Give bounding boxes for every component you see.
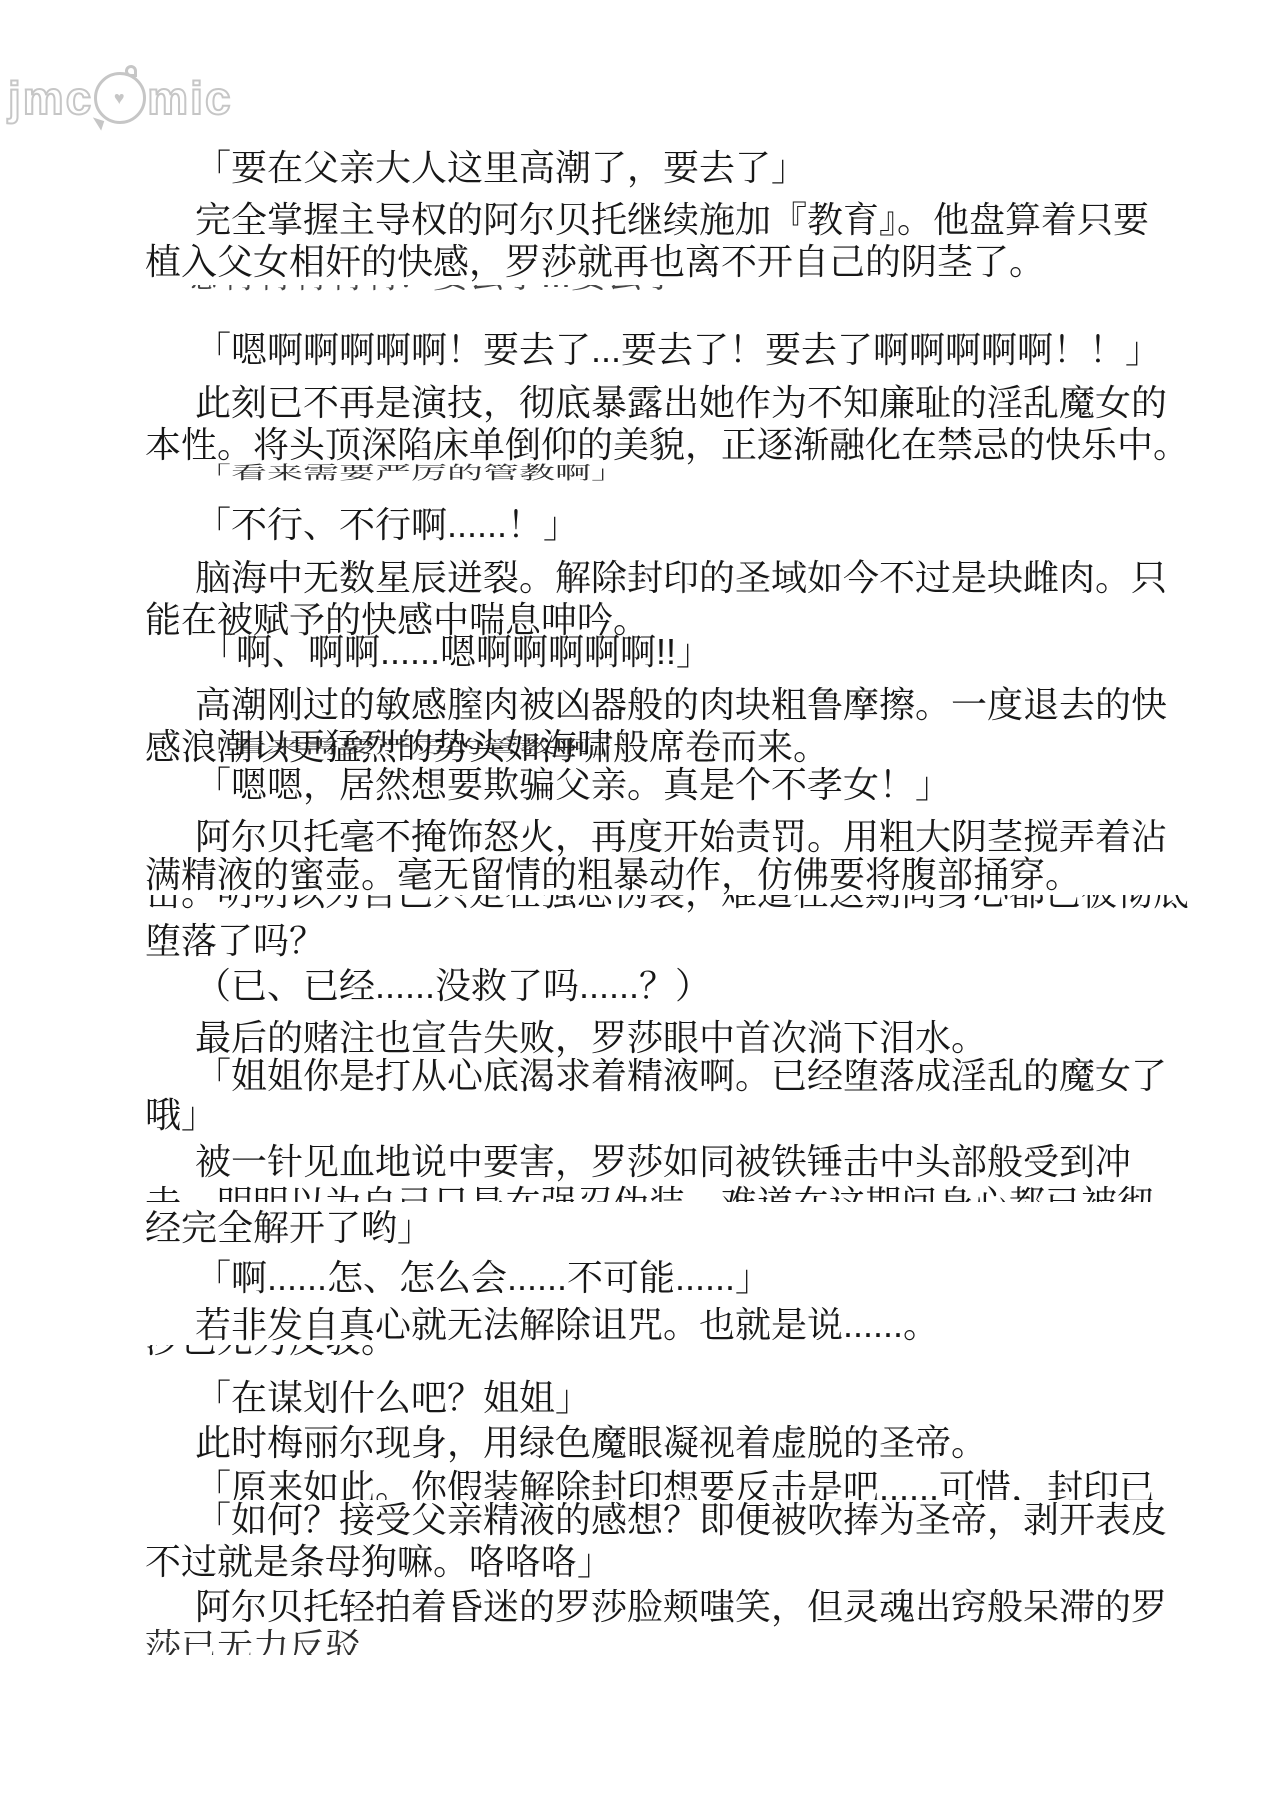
text-line: （已、已经......没救了吗......？）: [195, 966, 711, 1006]
watermark-text-right: mic: [147, 71, 232, 125]
text-line-content: 脑海中无数星辰迸裂。解除封印的圣域如今不过是块雌肉。只: [195, 557, 1167, 598]
text-line: 被一针见血地说中要害，罗莎如同被铁锤击中头部般受到冲: [195, 1142, 1131, 1182]
text-line: 阿尔贝托轻拍着昏迷的罗莎脸颊嗤笑，但灵魂出窍般呆滞的罗: [195, 1587, 1167, 1627]
text-line: 满精液的蜜壶。毫无留情的粗暴动作，仿佛要将腹部捅穿。: [145, 855, 1081, 895]
text-line-content: 若非发自真心就无法解除诅咒。也就是说......。: [195, 1304, 939, 1345]
text-line: 植入父女相奸的快感，罗莎就再也离不开自己的阴茎了。: [145, 242, 1045, 282]
text-line: 脑海中无数星辰迸裂。解除封印的圣域如今不过是块雌肉。只: [195, 558, 1167, 598]
text-line-content: 「嗯啊啊啊啊啊！要去了...要去了！要去了啊啊啊啊啊！！」: [195, 329, 1161, 370]
text-line: 本性。将头顶深陷床单倒仰的美貌，正逐渐融化在禁忌的快乐中。: [145, 425, 1189, 465]
text-line-content: （已、已经......没救了吗......？）: [195, 965, 711, 1006]
text-line-content: 「在谋划什么吧？姐姐」: [195, 1377, 591, 1418]
text-line-content: 本性。将头顶深陷床单倒仰的美貌，正逐渐融化在禁忌的快乐中。: [145, 424, 1189, 465]
text-line: 最后的赌注也宣告失败，罗莎眼中首次淌下泪水。: [195, 1018, 987, 1058]
heart-icon: ♥: [114, 89, 127, 107]
text-line: 此刻已不再是演技，彻底暴露出她作为不知廉耻的淫乱魔女的: [195, 383, 1167, 423]
text-line: 经完全解开了哟」: [145, 1208, 433, 1248]
text-line-content: 「啊......怎、怎么会......不可能......」: [195, 1257, 771, 1298]
text-line: 「如何？接受父亲精液的感想？即便被吹捧为圣帝，剥开表皮: [195, 1500, 1167, 1540]
text-line: 莎已无力反驳.: [145, 1627, 371, 1655]
text-line-content: 此时梅丽尔现身，用绿色魔眼凝视着虚脱的圣帝。: [195, 1422, 987, 1463]
text-line: 「嗯啊啊啊啊啊！要去了...要去了: [145, 285, 679, 295]
text-line: 完全掌握主导权的阿尔贝托继续施加『教育』。他盘算着只要: [195, 200, 1149, 240]
text-line: 「嗯啊啊啊啊啊！要去了...要去了！要去了啊啊啊啊啊！！」: [195, 330, 1161, 370]
text-line-content: 堕落了吗？: [145, 920, 325, 961]
text-line-content: 「看来需要严厉的管教啊」: [195, 463, 627, 484]
jmcomic-watermark: jmc ♥ mic: [8, 68, 233, 128]
text-line-content: 最后的赌注也宣告失败，罗莎眼中首次淌下泪水。: [195, 1017, 987, 1058]
text-line: 高潮刚过的敏感膣肉被凶器般的肉块粗鲁摩擦。一度退去的快: [195, 685, 1167, 725]
text-line-content: 「看来需要严厉的管教啊」: [195, 737, 627, 758]
text-line: 此时梅丽尔现身，用绿色魔眼凝视着虚脱的圣帝。: [195, 1423, 987, 1463]
text-line: 「在谋划什么吧？姐姐」: [195, 1378, 591, 1418]
text-line: 「看来需要严厉的管教啊」: [195, 737, 627, 757]
text-line-content: 满精液的蜜壶。毫无留情的粗暴动作，仿佛要将腹部捅穿。: [145, 854, 1081, 895]
text-line-content: 阿尔贝托轻拍着昏迷的罗莎脸颊嗤笑，但灵魂出窍般呆滞的罗: [195, 1586, 1167, 1627]
text-line: 哦」: [145, 1095, 217, 1135]
text-line: 「不行、不行啊......！」: [195, 505, 579, 545]
text-line: 堕落了吗？: [145, 921, 325, 961]
text-line-content: 不过就是条母狗嘛。咯咯咯」: [145, 1541, 613, 1582]
text-line: 击。明明以为自己只是在强忍伪装，难道在这期间身心都已被彻: [145, 1184, 1153, 1202]
text-line-content: 此刻已不再是演技，彻底暴露出她作为不知廉耻的淫乱魔女的: [195, 382, 1167, 423]
text-line: 「啊......怎、怎么会......不可能......」: [195, 1258, 771, 1298]
text-line-content: 「原来如此。你假装解除封印想要反击是吧......可惜，封印已: [195, 1468, 1155, 1500]
text-line-content: 「要在父亲大人这里高潮了，要去了」: [195, 147, 807, 188]
fish-tail-shape: [90, 117, 105, 130]
fish-fin-shape: [125, 65, 137, 77]
text-line: 「啊、啊啊......嗯啊啊啊啊啊!!」: [200, 632, 712, 672]
text-line-content: 「如何？接受父亲精液的感想？即便被吹捧为圣帝，剥开表皮: [195, 1499, 1167, 1540]
text-line-content: 击。明明以为自己只是在强忍伪装，难道在这期间身心都已被彻: [145, 1184, 1153, 1202]
text-line-content: 「嗯啊啊啊啊啊！要去了...要去了: [145, 285, 679, 295]
text-line-content: 被一针见血地说中要害，罗莎如同被铁锤击中头部般受到冲: [195, 1141, 1131, 1182]
text-line: 阿尔贝托毫不掩饰怒火，再度开始责罚。用粗大阴茎搅弄着沾: [195, 817, 1167, 857]
text-line: 不过就是条母狗嘛。咯咯咯」: [145, 1542, 613, 1582]
text-line-content: 哦」: [145, 1094, 217, 1135]
text-line: 击。明明以为自己只是在强忍伪装，难道在这期间身心都已被彻底: [145, 895, 1189, 913]
text-line: 若非发自真心就无法解除诅咒。也就是说......。: [195, 1305, 939, 1345]
text-line-content: 高潮刚过的敏感膣肉被凶器般的肉块粗鲁摩擦。一度退去的快: [195, 684, 1167, 725]
text-line-content: 莎已无力反驳.: [145, 1627, 371, 1655]
text-line-content: 莎已无力反驳。: [145, 1345, 397, 1360]
text-line: 「原来如此。你假装解除封印想要反击是吧......可惜，封印已: [195, 1468, 1155, 1500]
text-line-content: 「姐姐你是打从心底渴求着精液啊。已经堕落成淫乱的魔女了: [195, 1055, 1167, 1096]
text-line-content: 「嗯嗯，居然想要欺骗父亲。真是个不孝女！」: [195, 764, 951, 805]
text-line: 莎已无力反驳。: [145, 1345, 397, 1360]
text-line-content: 「啊、啊啊......嗯啊啊啊啊啊!!」: [200, 631, 712, 672]
text-line: 「看来需要严厉的管教啊」: [195, 463, 627, 483]
text-line-content: 完全掌握主导权的阿尔贝托继续施加『教育』。他盘算着只要: [195, 199, 1149, 240]
watermark-text-left: jmc: [8, 71, 93, 125]
scanned-novel-page: jmc ♥ mic 「要在父亲大人这里高潮了，要去了」完全掌握主导权的阿尔贝托继…: [0, 0, 1280, 1809]
text-line: 「姐姐你是打从心底渴求着精液啊。已经堕落成淫乱的魔女了: [195, 1056, 1167, 1096]
text-line-content: 植入父女相奸的快感，罗莎就再也离不开自己的阴茎了。: [145, 241, 1045, 282]
text-line-content: 「不行、不行啊......！」: [195, 504, 579, 545]
text-line: 「嗯嗯，居然想要欺骗父亲。真是个不孝女！」: [195, 765, 951, 805]
watermark-fish-icon: ♥: [94, 72, 146, 124]
text-line-content: 经完全解开了哟」: [145, 1207, 433, 1248]
text-line: 「要在父亲大人这里高潮了，要去了」: [195, 148, 807, 188]
text-line-content: 击。明明以为自己只是在强忍伪装，难道在这期间身心都已被彻底: [145, 895, 1189, 913]
text-line-content: 阿尔贝托毫不掩饰怒火，再度开始责罚。用粗大阴茎搅弄着沾: [195, 816, 1167, 857]
